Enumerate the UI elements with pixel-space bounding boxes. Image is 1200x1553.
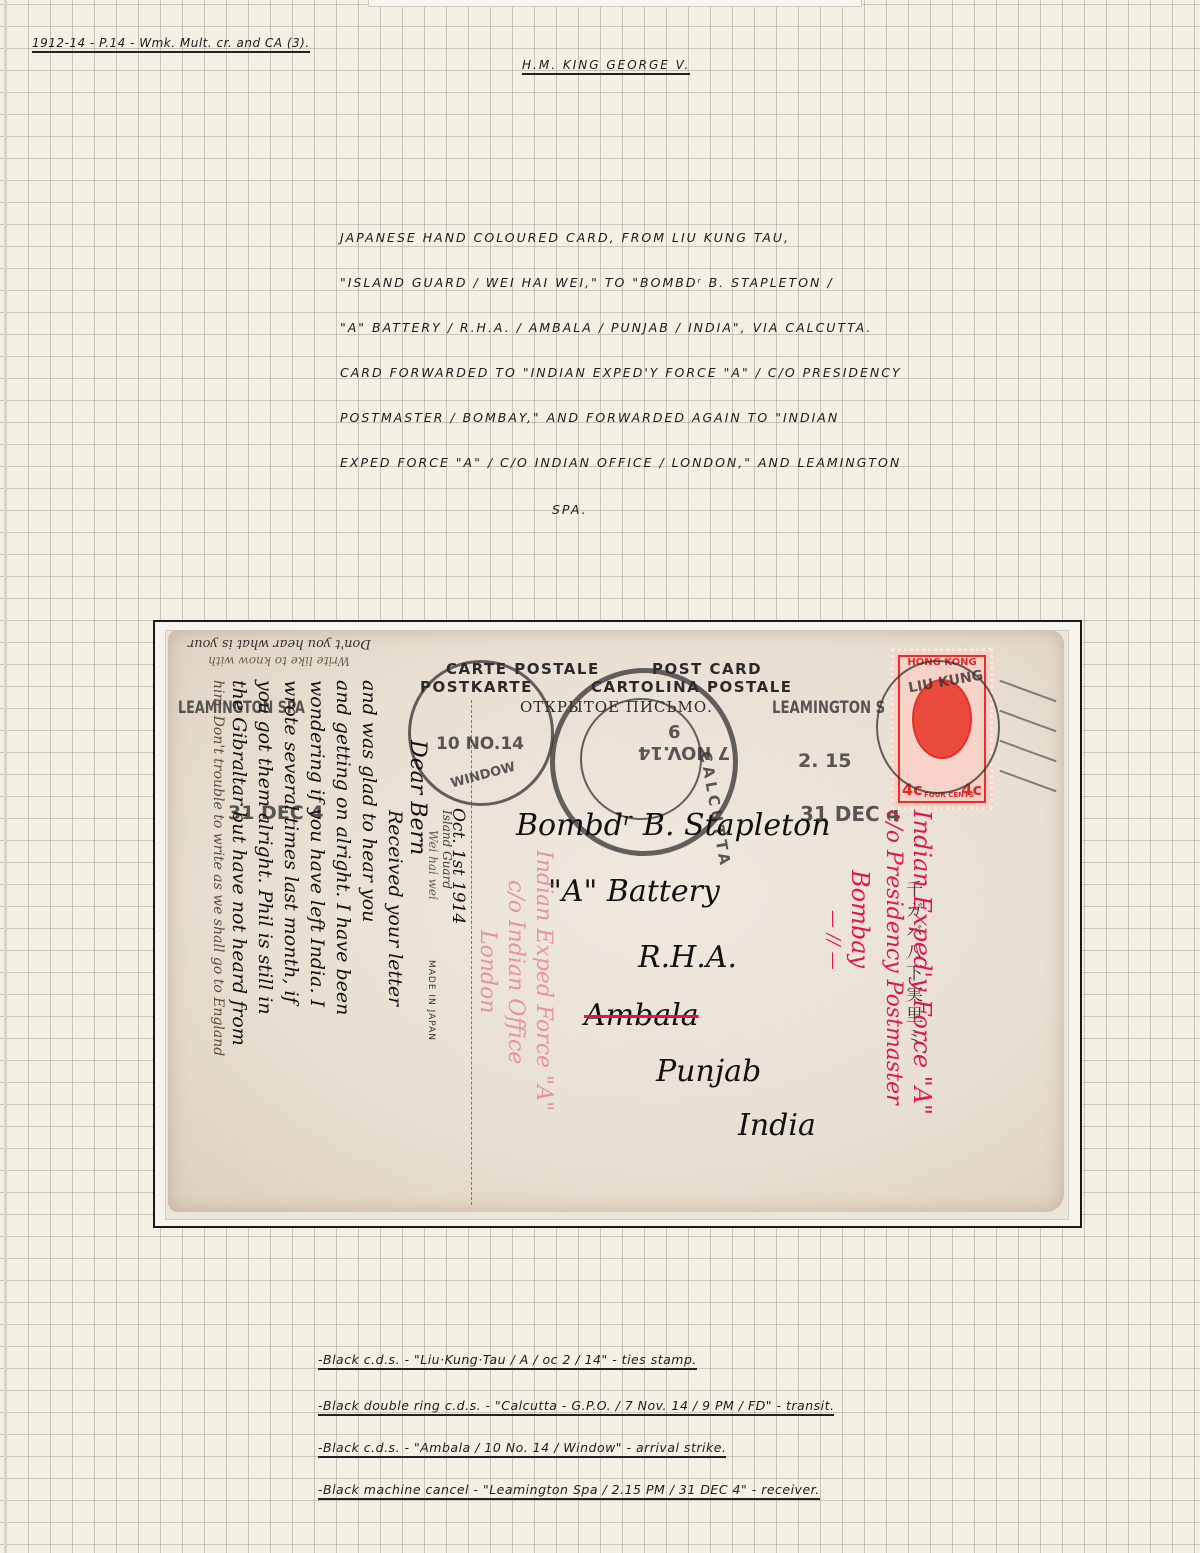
note-line: -Black double ring c.d.s. - "Calcutta - …: [318, 1398, 834, 1413]
message-line: the Gibraltar but have not heard from: [228, 680, 250, 1046]
red-redirect-line: Indian Exped'y Force "A": [908, 810, 936, 1115]
address-line: R.H.A.: [638, 940, 737, 975]
description-line: Exped Force "A" / c/o Indian Office / Lo…: [340, 455, 901, 470]
made-in-japan: MADE IN JAPAN: [426, 960, 436, 1041]
cancel-wave: [999, 770, 1056, 792]
leamington-cancel-right: LEAMINGTON S: [772, 698, 885, 718]
note-line: -Black c.d.s. - "Ambala / 10 No. 14 / Wi…: [318, 1440, 726, 1455]
ambala-date: 10 NO.14: [436, 734, 524, 754]
message-top-line: Don't you hear what is your: [188, 636, 371, 651]
postcard: Don't you hear what is your Write like t…: [168, 630, 1064, 1212]
note-line: -Black c.d.s. - "Liu·Kung·Tau / A / oc 2…: [318, 1352, 697, 1367]
address-line: "A" Battery: [548, 874, 720, 909]
description-line: "A" Battery / R.H.A. / Ambala / Punjab /…: [340, 320, 872, 335]
cancel-wave: [999, 740, 1056, 762]
pink-redirect-line: c/o Indian Office: [503, 880, 528, 1064]
page-edge: [4, 0, 7, 1553]
red-redirect-line: — // —: [823, 910, 844, 970]
note-text: -Black double ring c.d.s. - "Calcutta - …: [318, 1398, 834, 1416]
note-text: -Black c.d.s. - "Ambala / 10 No. 14 / Wi…: [318, 1440, 726, 1458]
address-line: Punjab: [656, 1054, 761, 1089]
note-line: -Black machine cancel - "Leamington Spa …: [318, 1482, 820, 1497]
reign-heading-text: H.M. King George V.: [522, 58, 690, 75]
note-text: -Black c.d.s. - "Liu·Kung·Tau / A / oc 2…: [318, 1352, 697, 1370]
address-line: India: [738, 1108, 816, 1143]
message-line: and getting on alright. I have been: [332, 680, 354, 1015]
leamington-time-right: 2. 15: [798, 750, 852, 772]
message-line: him. Don't trouble to write as we shall …: [210, 680, 226, 1056]
pink-redirect-line: Indian Exped Force "A": [531, 850, 556, 1111]
red-redirect-line: Bombay: [846, 870, 874, 968]
note-text: -Black machine cancel - "Leamington Spa …: [318, 1482, 820, 1500]
message-top-line: Write like to know with: [208, 654, 350, 668]
calcutta-date: 7 NOV.14: [638, 742, 730, 763]
cancel-wave: [999, 680, 1056, 702]
message-line: Received your letter: [384, 810, 406, 1006]
reign-heading: H.M. King George V.: [522, 58, 690, 72]
address-line: Bombdʳ B. Stapleton: [516, 808, 831, 843]
description-line: Postmaster / Bombay," and forwarded agai…: [340, 410, 839, 425]
message-origin: Island Guard: [440, 810, 454, 889]
description-line: Card forwarded to "Indian Exped'y Force …: [340, 365, 902, 380]
description-line: Spa.: [552, 502, 588, 517]
message-line: wondering if you have left India. I: [306, 680, 328, 1007]
description-line: "Island guard / Wei Hai Wei," to "Bombdʳ…: [340, 275, 834, 290]
catalogue-heading: 1912-14 - P.14 - Wmk. Mult. cr. and CA (…: [32, 36, 310, 50]
pink-redirect-line: London: [475, 930, 500, 1014]
catalogue-heading-text: 1912-14 - P.14 - Wmk. Mult. cr. and CA (…: [32, 36, 310, 53]
address-line: Ambala: [584, 998, 699, 1033]
message-line: and was glad to hear you: [358, 680, 380, 922]
cancel-wave: [999, 710, 1056, 732]
message-line: wrote several times last month, if: [280, 680, 302, 1004]
description-line: Japanese hand coloured card, from Liu Ku…: [340, 230, 790, 245]
calcutta-time: 6: [668, 722, 681, 743]
page-tab: [368, 0, 862, 7]
red-redirect-line: c/o Presidency Postmaster: [881, 810, 906, 1105]
message-salutation: Dear Bern: [405, 740, 430, 855]
message-line: you got them alright. Phil is still in: [254, 680, 276, 1015]
